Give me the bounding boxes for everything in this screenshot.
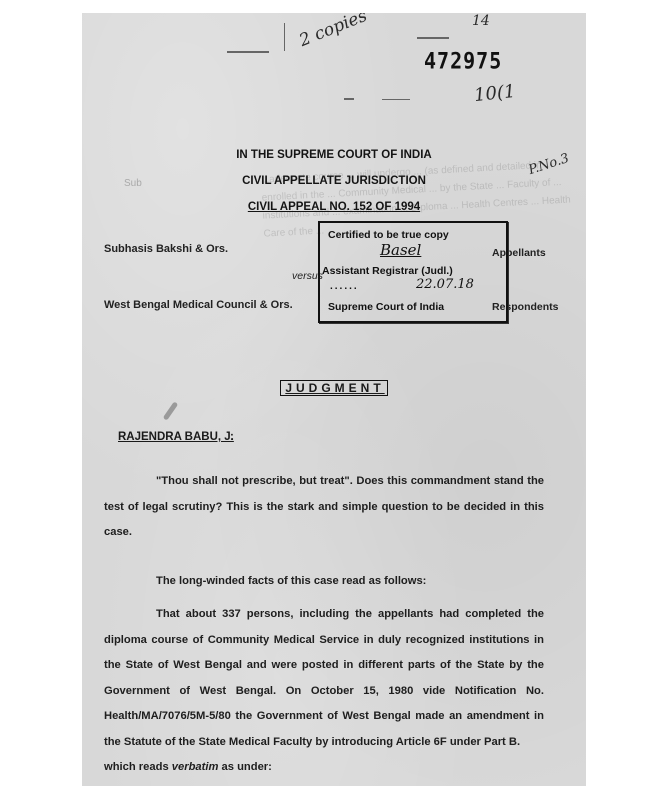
- judgment-title: JUDGMENT: [82, 381, 586, 395]
- certification-text: Certified to be true copy: [328, 229, 449, 241]
- jurisdiction-heading: CIVIL APPELLATE JURISDICTION: [82, 175, 586, 187]
- judgment-title-text: JUDGMENT: [280, 380, 387, 396]
- last-line-before: which reads: [104, 761, 172, 773]
- faint-dash: [344, 98, 354, 100]
- appellant-name: Subhasis Bakshi & Ors.: [104, 243, 228, 255]
- case-number-heading: CIVIL APPEAL NO. 152 OF 1994: [82, 201, 586, 213]
- faint-dash: [227, 51, 269, 53]
- registrar-title: Assistant Registrar (Judl.): [322, 265, 453, 277]
- stamp-dots: ......: [330, 281, 359, 292]
- paragraph-text: That about 337 persons, including the ap…: [104, 608, 544, 748]
- last-line-after: as under:: [218, 761, 271, 773]
- judge-name-suffix: :: [230, 431, 234, 443]
- court-heading: IN THE SUPREME COURT OF INDIA: [82, 149, 586, 161]
- judge-name: RAJENDRA BABU, J.: [118, 431, 234, 443]
- document-page: Sub ...adequate course ... will undergo …: [82, 13, 586, 786]
- court-name-stamp: Supreme Court of India: [328, 301, 444, 313]
- serial-number-stamp: 472975: [424, 48, 502, 74]
- paragraph-text: The long-winded facts of this case read …: [156, 575, 426, 587]
- handwritten-corner-note: 14: [472, 13, 490, 29]
- faint-tick: [284, 23, 285, 51]
- handwritten-copies-note: 2 copies: [297, 13, 370, 51]
- certification-stamp: Certified to be true copy Basel Assistan…: [318, 221, 508, 323]
- paragraph-text: "Thou shall not prescribe, but treat". D…: [104, 475, 544, 538]
- handwritten-margin-note: 10(1: [473, 81, 516, 106]
- pen-mark: [163, 401, 179, 420]
- last-line-italic: verbatim: [172, 761, 219, 773]
- paragraph-facts: That about 337 persons, including the ap…: [104, 602, 544, 781]
- faint-dash: [382, 99, 410, 100]
- faint-dash: [417, 37, 449, 39]
- registrar-signature: Basel: [380, 241, 421, 259]
- certification-date: 22.07.18: [416, 277, 474, 292]
- paragraph-opening: "Thou shall not prescribe, but treat". D…: [104, 469, 544, 546]
- paragraph-facts-intro: The long-winded facts of this case read …: [104, 569, 544, 595]
- respondent-name: West Bengal Medical Council & Ors.: [104, 299, 293, 311]
